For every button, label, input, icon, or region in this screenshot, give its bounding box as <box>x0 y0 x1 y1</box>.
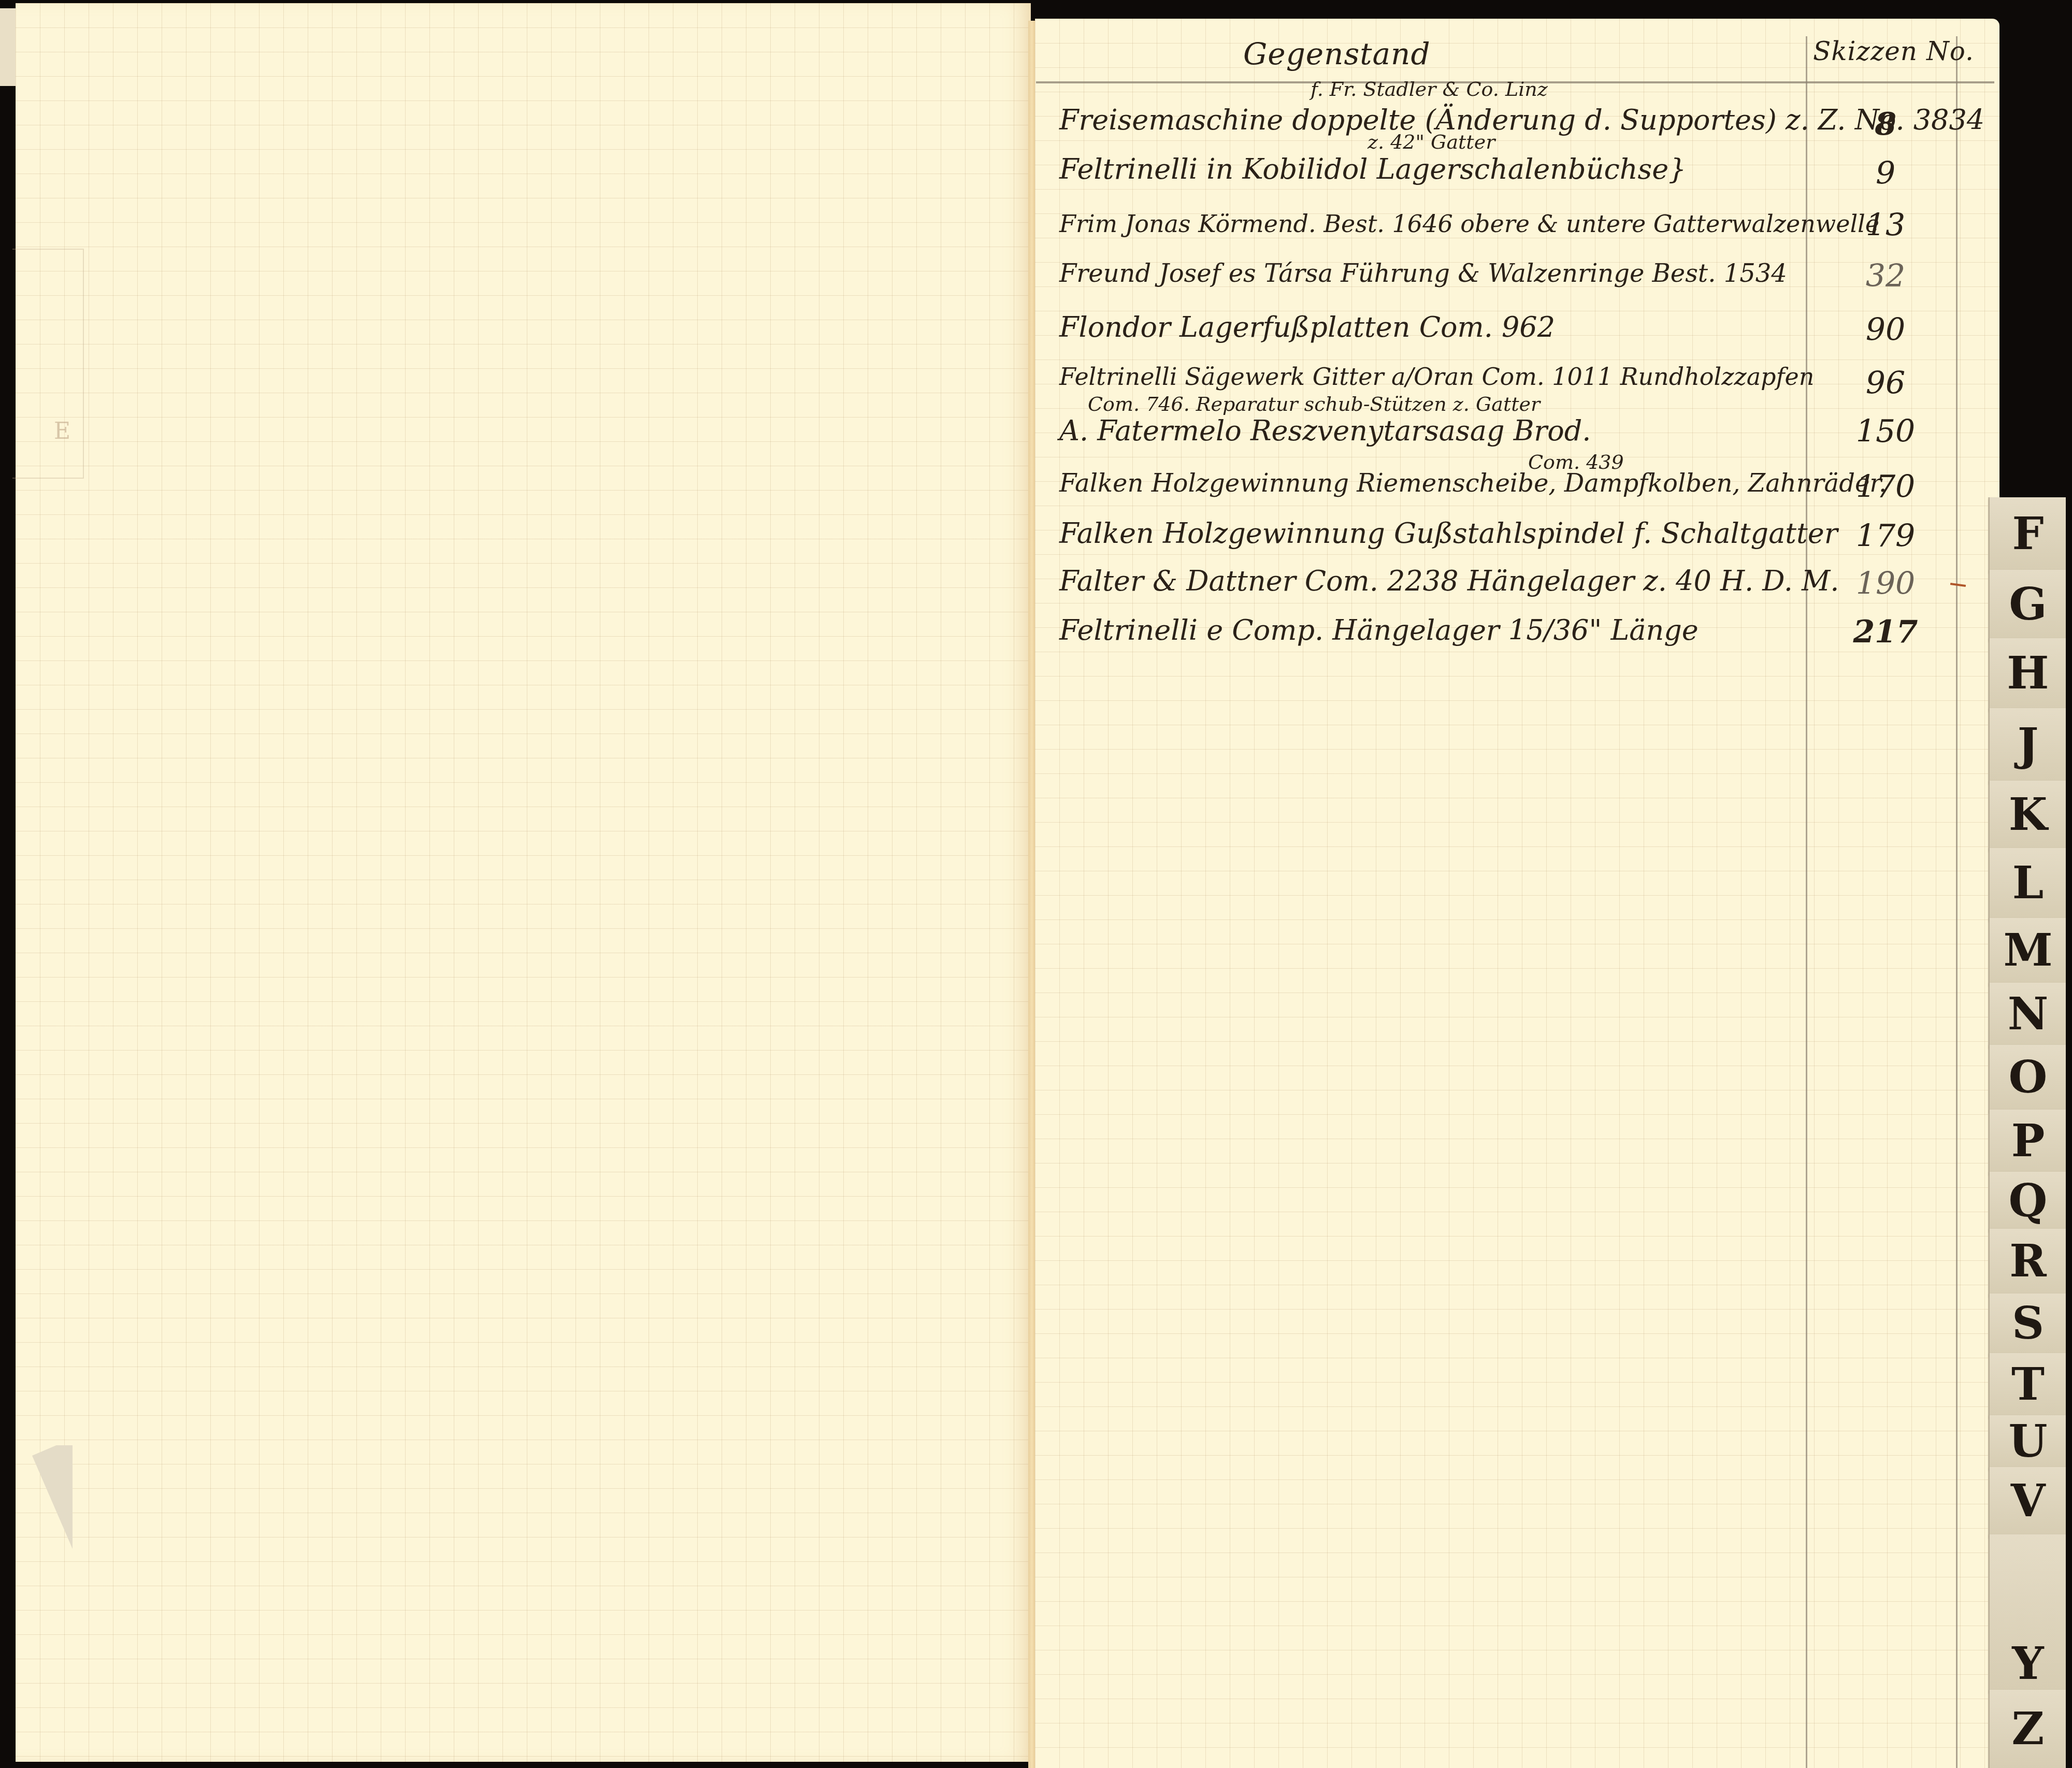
index-tab-h[interactable]: H <box>1989 638 2066 710</box>
column-divider-subject-number <box>1806 36 1807 1768</box>
entry-note: z. 42" Gatter <box>1368 131 1495 153</box>
index-tab-n[interactable]: N <box>1989 983 2066 1046</box>
index-tab-q[interactable]: Q <box>1989 1172 2066 1230</box>
index-tab-y[interactable]: Y <box>1989 1534 2066 1691</box>
ledger-entry-number: 170 <box>1813 469 1958 505</box>
left-page-blank <box>16 3 1031 1762</box>
ledger-entry-number: 96 <box>1813 365 1958 401</box>
index-tab-s[interactable]: S <box>1989 1293 2066 1355</box>
index-tab-p[interactable]: P <box>1989 1110 2066 1173</box>
left-page-tab-letter: E <box>49 419 75 444</box>
index-tab-o[interactable]: O <box>1989 1045 2066 1111</box>
index-tab-z[interactable]: Z <box>1989 1690 2066 1768</box>
column-divider-right-margin <box>1956 36 1958 1768</box>
ledger-entry-number: 217 <box>1813 614 1958 650</box>
index-tab-m[interactable]: M <box>1989 918 2066 984</box>
index-tab-f[interactable]: F <box>1989 497 2066 571</box>
ledger-entry-number: 32 <box>1813 258 1958 294</box>
index-tab-l[interactable]: L <box>1989 848 2066 919</box>
ledger-entry-number: 150 <box>1813 413 1958 450</box>
index-tab-r[interactable]: R <box>1989 1229 2066 1295</box>
index-tab-v[interactable]: V <box>1989 1467 2066 1536</box>
underlying-page-edge <box>0 8 16 86</box>
entry-note: f. Fr. Stadler & Co. Linz <box>1311 78 1548 100</box>
index-tab-g[interactable]: G <box>1989 570 2066 640</box>
ledger-entry-text: Freund Josef es Társa Führung & Walzenri… <box>1059 259 1800 288</box>
index-tab-j[interactable]: J <box>1989 708 2066 782</box>
column-header-subject: Gegenstand <box>1243 36 1431 71</box>
ledger-entry-number: 90 <box>1813 312 1958 348</box>
index-tab-u[interactable]: U <box>1989 1415 2066 1469</box>
ledger-entry-text: Falken Holzgewinnung Gußstahlspindel f. … <box>1059 517 1800 550</box>
ledger-entry-number: 190 <box>1813 566 1958 602</box>
ledger-entry-text: Flondor Lagerfußplatten Com. 962 <box>1059 311 1800 343</box>
book-edge-shadow <box>2066 497 2072 1768</box>
ledger-entry-text: Falter & Dattner Com. 2238 Hängelager z.… <box>1059 565 1800 597</box>
column-header-sketch-number: Skizzen No. <box>1813 36 1974 66</box>
book-spine-gutter <box>1028 21 1035 1768</box>
ledger-entry-text: Feltrinelli in Kobilidol Lagerschalenbüc… <box>1059 153 1800 185</box>
ledger-entry-text: Feltrinelli e Comp. Hängelager 15/36" Lä… <box>1059 614 1800 646</box>
ledger-entry-number: 9 <box>1813 155 1958 192</box>
ledger-entry-text: Falken Holzgewinnung Riemenscheibe, Damp… <box>1059 469 1800 498</box>
entry-note: Com. 746. Reparatur schub-Stützen z. Gat… <box>1088 393 1540 415</box>
index-tab-t[interactable]: T <box>1989 1353 2066 1417</box>
ledger-entry-text: Frim Jonas Körmend. Best. 1646 obere & u… <box>1059 210 1800 238</box>
ledger-entry-text: A. Fatermelo Reszvenytarsasag Brod. <box>1059 414 1800 447</box>
ledger-entry-number: 179 <box>1813 518 1958 554</box>
ledger-entry-number: 8 <box>1813 106 1958 142</box>
ledger-entry-text: Feltrinelli Sägewerk Gitter a/Oran Com. … <box>1059 363 1800 391</box>
ledger-entry-number: 13 <box>1813 207 1958 243</box>
index-tab-k[interactable]: K <box>1989 781 2066 850</box>
